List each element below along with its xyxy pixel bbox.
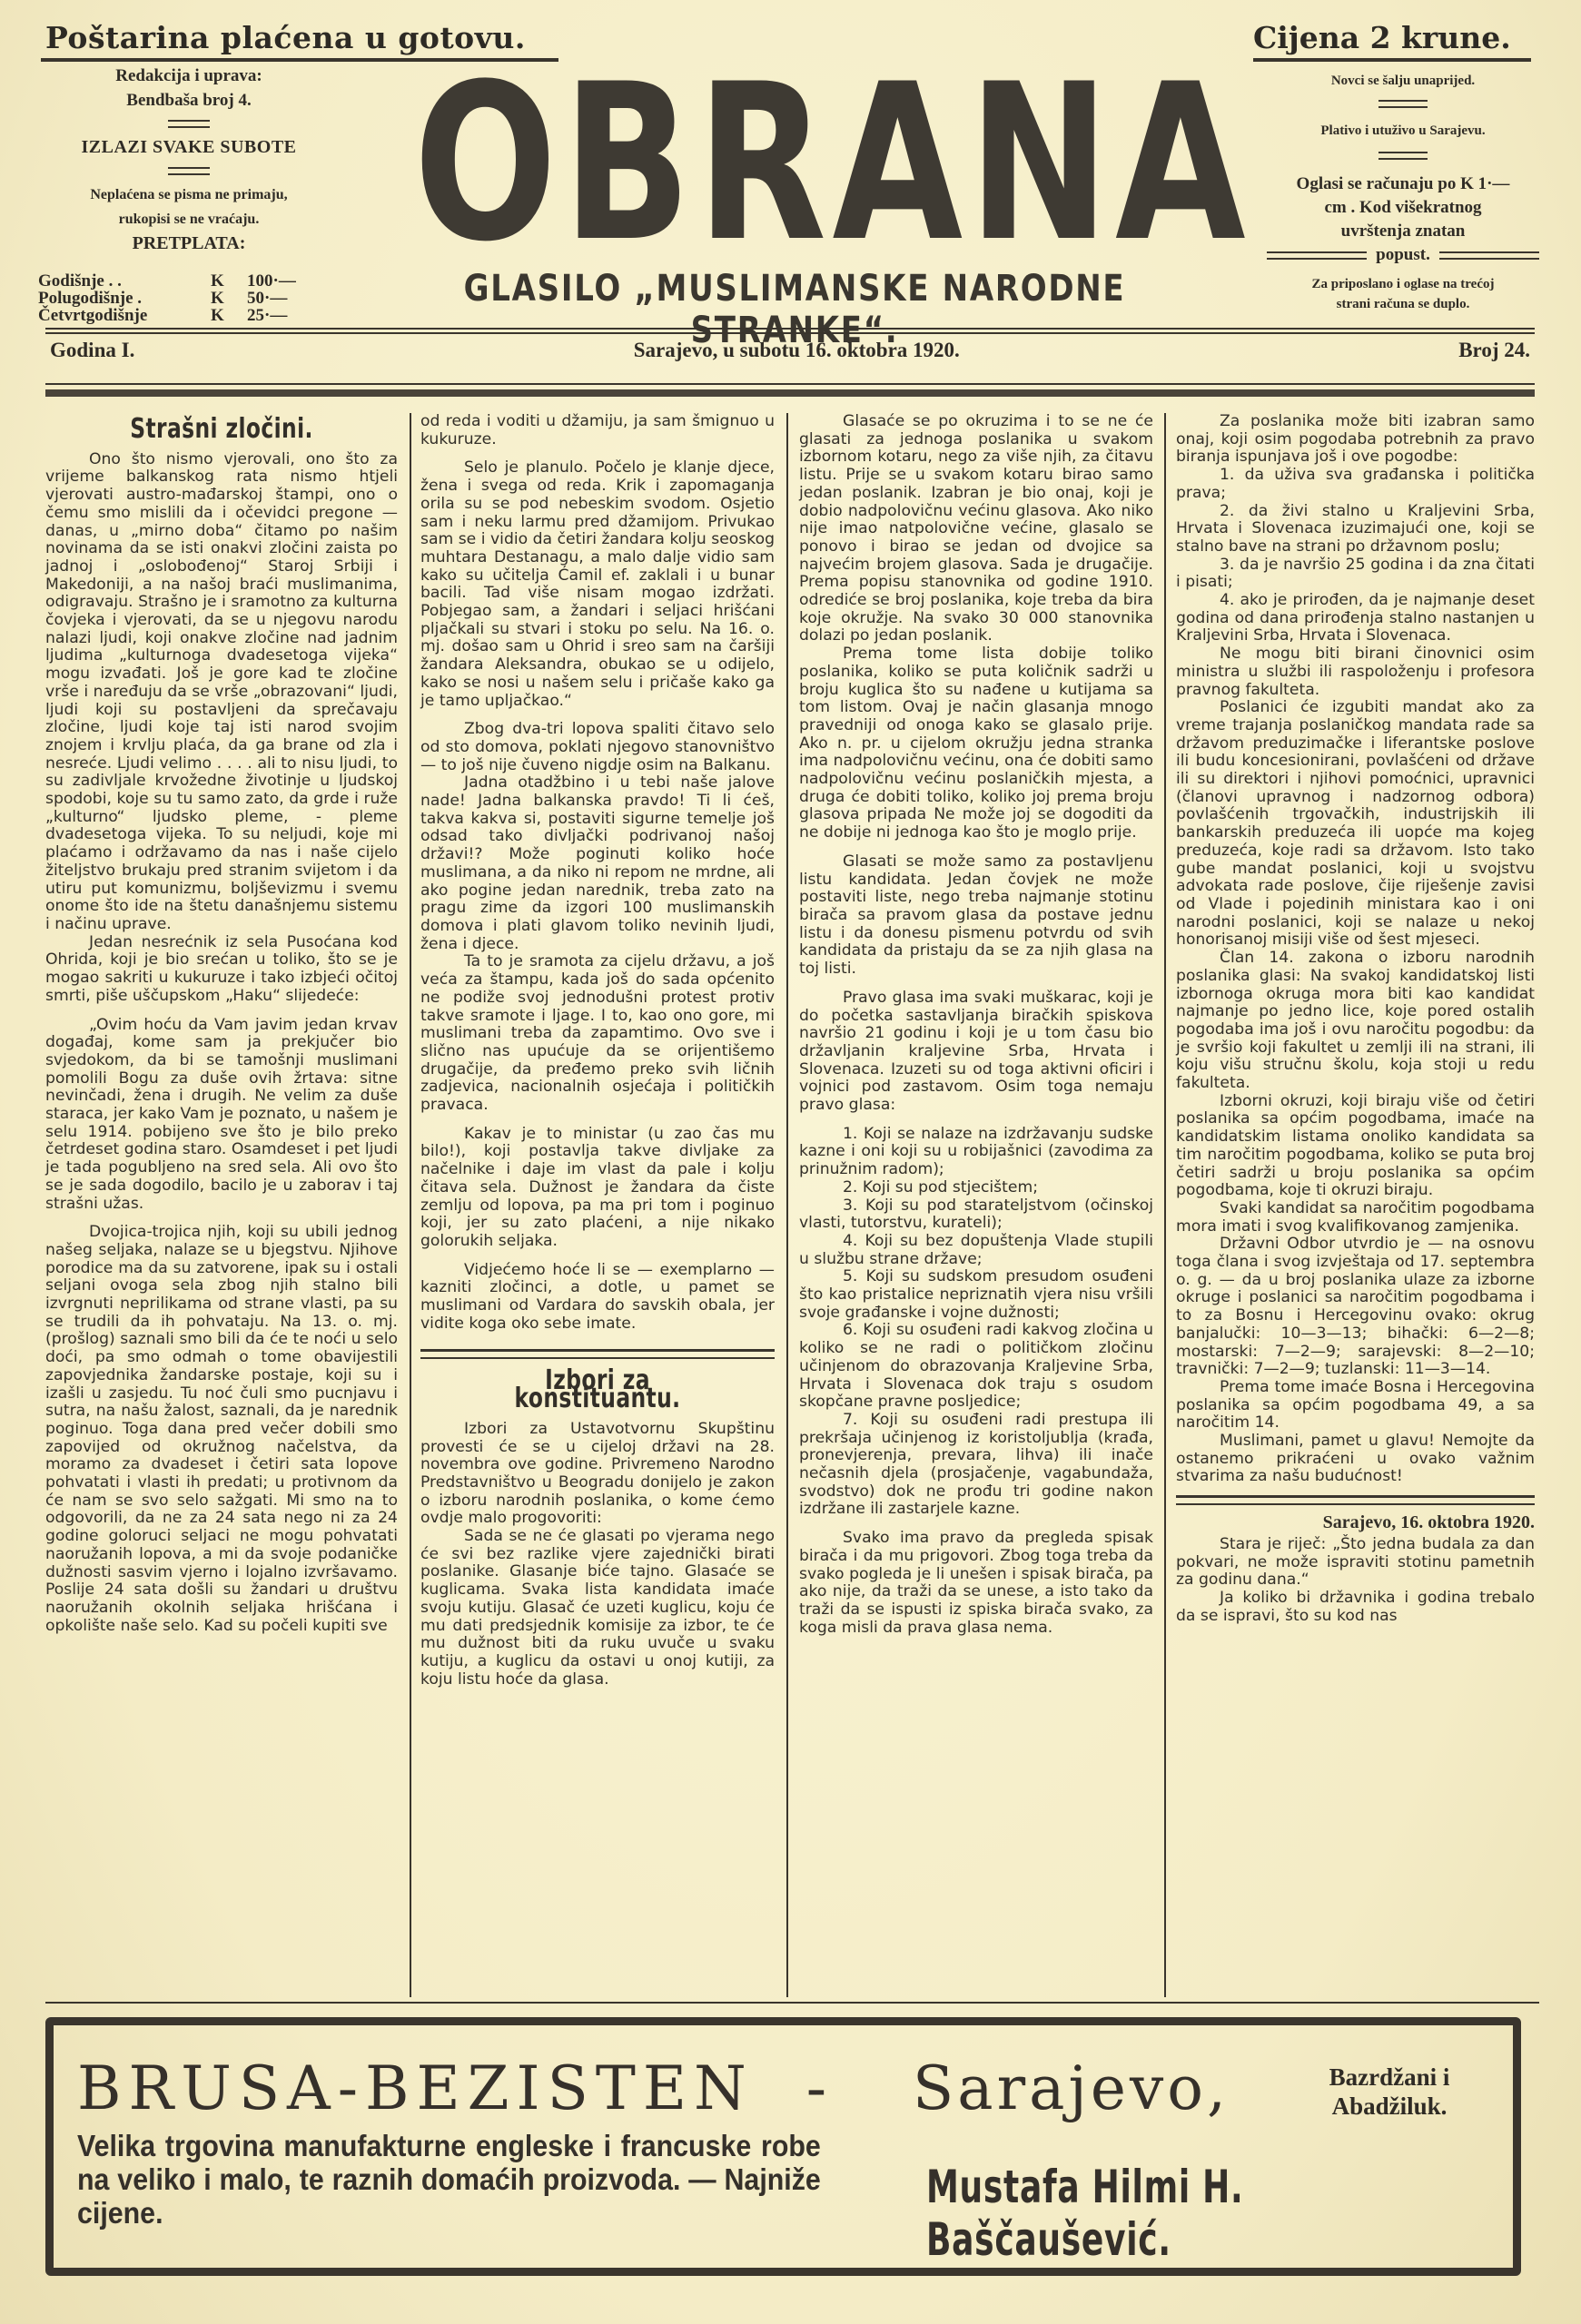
jurisdiction-note: Plativo i utuživo u Sarajevu. bbox=[1267, 121, 1539, 141]
list-item: 3. da je navršio 25 godina i da zna čita… bbox=[1176, 556, 1535, 592]
paragraph: Ne mogu biti birani činovnici osim minis… bbox=[1176, 645, 1535, 699]
column-divider bbox=[786, 413, 788, 1997]
paragraph: Selo je planulo. Počelo je klanje djece,… bbox=[420, 459, 775, 710]
newspaper-title: OBRANA bbox=[414, 74, 1158, 254]
column-3: Glasaće se po okruzima i to se ne će gla… bbox=[799, 413, 1153, 1637]
paragraph: Ono što nismo vjerovali, ono što za vrij… bbox=[45, 451, 398, 934]
paragraph: Jadna otadžbino i u tebi naše jalove nad… bbox=[420, 774, 775, 953]
editorial-info: Redakcija i uprava: Bendbaša broj 4. IZL… bbox=[35, 64, 343, 256]
ad-owner: Mustafa Hilmi H. Baščaušević. bbox=[926, 2161, 1398, 2266]
ads-discount-row: popust. bbox=[1267, 243, 1539, 267]
ad-dash: - bbox=[806, 2053, 834, 2123]
pricing-info: Novci se šalju unaprijed. Plativo i utuž… bbox=[1267, 71, 1539, 314]
divider bbox=[1253, 58, 1531, 62]
divider bbox=[168, 167, 210, 175]
eligibility-list: 1. da uživa sva građanska i politička pr… bbox=[1176, 467, 1535, 645]
editorial-address: Bendbaša broj 4. bbox=[35, 88, 343, 113]
frequency-note: IZLAZI SVAKE SUBOTE bbox=[35, 135, 343, 160]
list-item: 7. Koji su osuđeni radi prestupa ili pre… bbox=[799, 1412, 1153, 1519]
paragraph: Izbori za Ustavotvornu Skupštinu provest… bbox=[420, 1421, 775, 1528]
issue-number: Broj 24. bbox=[1458, 339, 1530, 362]
paragraph: Jedan nesrećnik iz sela Pusoćana kod Ohr… bbox=[45, 934, 398, 1006]
list-item: 1. da uživa sva građanska i politička pr… bbox=[1176, 467, 1535, 502]
double-price-note: Za priposlano i oglase na trećoj bbox=[1267, 274, 1539, 294]
paragraph: Državni Odbor utvrdio je — na osnovu tog… bbox=[1176, 1236, 1535, 1379]
list-item: 4. ako je prirođen, da je najmanje deset… bbox=[1176, 592, 1535, 645]
divider bbox=[45, 332, 1535, 334]
paragraph: Poslanici će izgubiti mandat ako za vrem… bbox=[1176, 699, 1535, 950]
ads-discount: popust. bbox=[1376, 243, 1430, 267]
paragraph: Izborni okruzi, koji biraju više od četi… bbox=[1176, 1093, 1535, 1200]
paragraph: Pravo glasa ima svaki muškarac, koji je … bbox=[799, 990, 1153, 1115]
issue-date: Sarajevo, u subotu 16. oktobra 1920. bbox=[634, 339, 960, 362]
paragraph: Zbog dva-tri lopova spaliti čitavo selo … bbox=[420, 721, 775, 774]
column-divider bbox=[1164, 413, 1166, 1997]
divider bbox=[45, 383, 1535, 385]
paragraph: Član 14. zakona o izboru narodnih poslan… bbox=[1176, 950, 1535, 1093]
divider bbox=[1378, 100, 1428, 108]
paragraph: Vidjećemo hoće li se — exemplarno — kazn… bbox=[420, 1262, 775, 1334]
letters-note-2: rukopisi se ne vraćaju. bbox=[35, 207, 343, 231]
divider bbox=[45, 389, 1535, 397]
column-divider bbox=[410, 413, 411, 1997]
article-title: Izbori za konstituantu. bbox=[459, 1372, 736, 1407]
paragraph: Prema tome lista dobije toliko poslanika… bbox=[799, 645, 1153, 842]
paragraph: Ta to je sramota za cijelu državu, a još… bbox=[420, 953, 775, 1114]
divider bbox=[45, 2002, 1539, 2004]
paragraph: Prema tome imaće Bosna i Hercegovina pos… bbox=[1176, 1379, 1535, 1433]
ads-rate-2: cm . Kod višekratnog bbox=[1267, 196, 1539, 220]
paragraph: Za poslanika može biti izabran samo onaj… bbox=[1176, 413, 1535, 467]
ad-address: Bazrdžani i Abadžiluk. bbox=[1280, 2063, 1498, 2121]
issue-line: Godina I. Sarajevo, u subotu 16. oktobra… bbox=[50, 339, 1530, 362]
article-separator bbox=[420, 1349, 775, 1359]
divider bbox=[168, 120, 210, 128]
list-item: 6. Koji su osuđeni radi kakvog zločina u… bbox=[799, 1322, 1153, 1412]
column-4: Za poslanika može biti izabran samo onaj… bbox=[1176, 413, 1535, 1625]
paragraph: Muslimani, pamet u glavu! Nemojte da ost… bbox=[1176, 1433, 1535, 1486]
subscription-label: PRETPLATA: bbox=[35, 231, 343, 256]
paragraph: Svako ima pravo da pregleda spisak birač… bbox=[799, 1530, 1153, 1637]
paragraph: Svaki kandidat sa naročitim pogodbama mo… bbox=[1176, 1200, 1535, 1236]
ad-description: Velika trgovina manufakturne engleske i … bbox=[77, 2129, 821, 2230]
paragraph: „Ovim hoću da Vam javim jedan krvav doga… bbox=[45, 1017, 398, 1214]
list-item: 2. Koji su pod stjecištem; bbox=[799, 1179, 1153, 1197]
article-separator bbox=[1176, 1495, 1535, 1505]
ad-city: Sarajevo, bbox=[913, 2053, 1230, 2123]
paragraph: Dvojica-trojica njih, koji su ubili jedn… bbox=[45, 1224, 398, 1635]
article-title: Strašni zločini. bbox=[84, 420, 360, 438]
letters-note: Neplaćena se pisma ne primaju, bbox=[35, 182, 343, 207]
paragraph: Sada se ne će glasati po vjerama nego će… bbox=[420, 1528, 775, 1689]
paragraph: Glasati se može samo za postavljenu list… bbox=[799, 853, 1153, 979]
divider bbox=[1439, 251, 1539, 260]
divider bbox=[1267, 251, 1367, 260]
list-item: 1. Koji se nalaze na izdržavanju sudske … bbox=[799, 1126, 1153, 1179]
article-dateline: Sarajevo, 16. oktobra 1920. bbox=[1176, 1514, 1535, 1532]
list-item: 3. Koji su pod starateljstvom (očinskoj … bbox=[799, 1197, 1153, 1233]
double-price-note-2: strani računa se duplo. bbox=[1267, 294, 1539, 314]
paragraph: od reda i voditi u džamiju, ja sam šmign… bbox=[420, 413, 775, 448]
divider bbox=[1378, 152, 1428, 160]
newspaper-page: Poštarina plaćena u gotovu. Cijena 2 kru… bbox=[0, 0, 1581, 2324]
paragraph: Stara je riječ: „Što jedna budala za dan… bbox=[1176, 1536, 1535, 1590]
subscription-row: Polugodišnje .K50·— bbox=[38, 290, 347, 307]
disqualification-list: 1. Koji se nalaze na izdržavanju sudske … bbox=[799, 1126, 1153, 1519]
list-item: 2. da živi stalno u Kraljevini Srba, Hrv… bbox=[1176, 503, 1535, 556]
payment-note: Novci se šalju unaprijed. bbox=[1267, 71, 1539, 91]
issue-year: Godina I. bbox=[50, 339, 134, 362]
divider bbox=[45, 328, 1535, 330]
paragraph: Kakav je to ministar (u zao čas mu bilo!… bbox=[420, 1126, 775, 1251]
list-item: 5. Koji su sudskom presudom osuđeni što … bbox=[799, 1268, 1153, 1322]
paragraph: Ja koliko bi državnika i godina trebalo … bbox=[1176, 1590, 1535, 1625]
paragraph: Glasaće se po okruzima i to se ne će gla… bbox=[799, 413, 1153, 645]
ads-rate: Oglasi se računaju po K 1·— bbox=[1267, 172, 1539, 196]
subscription-table: Godišnje . .K100·— Polugodišnje .K50·— Č… bbox=[38, 272, 347, 324]
column-2: od reda i voditi u džamiju, ja sam šmign… bbox=[420, 413, 775, 1689]
price-note: Cijena 2 krune. bbox=[1253, 20, 1511, 55]
subscription-row: ČetvrtgodišnjeK25·— bbox=[38, 307, 347, 324]
list-item: 4. Koji su bez dopuštenja Vlade stupili … bbox=[799, 1233, 1153, 1268]
editorial-label: Redakcija i uprava: bbox=[35, 64, 343, 88]
ads-rate-3: uvrštenja znatan bbox=[1267, 220, 1539, 243]
column-1: Strašni zločini. Ono što nismo vjerovali… bbox=[45, 413, 398, 1635]
subscription-row: Godišnje . .K100·— bbox=[38, 272, 347, 290]
ad-shop-name: BRUSA-BEZISTEN - bbox=[77, 2053, 834, 2123]
